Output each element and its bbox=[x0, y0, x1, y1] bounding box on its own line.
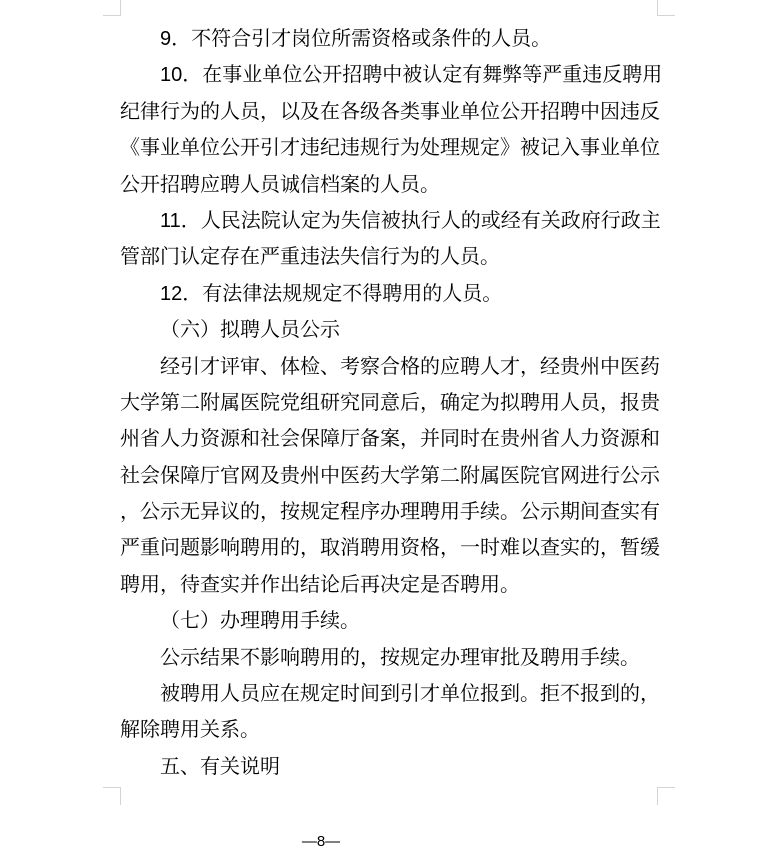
text-line: 9．不符合引才岗位所需资格或条件的人员。 bbox=[120, 21, 660, 57]
document-body: 9．不符合引才岗位所需资格或条件的人员。10．在事业单位公开招聘中被认定有舞弊等… bbox=[120, 21, 660, 785]
text-line: 10．在事业单位公开招聘中被认定有舞弊等严重违反聘用 bbox=[120, 57, 660, 93]
text-line: （七）办理聘用手续。 bbox=[120, 603, 660, 639]
text-line: 管部门认定存在严重违法失信行为的人员。 bbox=[120, 239, 660, 275]
margin-mark-top-left-icon bbox=[103, 0, 121, 16]
text-line: 纪律行为的人员，以及在各级各类事业单位公开招聘中因违反 bbox=[120, 94, 660, 130]
text-line: 公示结果不影响聘用的，按规定办理审批及聘用手续。 bbox=[120, 640, 660, 676]
text-line: 被聘用人员应在规定时间到引才单位报到。拒不报到的， bbox=[120, 676, 660, 712]
text-line: 州省人力资源和社会保障厅备案，并同时在贵州省人力资源和 bbox=[120, 421, 660, 457]
margin-mark-bottom-left-icon bbox=[103, 787, 121, 805]
text-line: 五、有关说明 bbox=[120, 749, 660, 785]
text-line: 11．人民法院认定为失信被执行人的或经有关政府行政主 bbox=[120, 203, 660, 239]
document-page: 9．不符合引才岗位所需资格或条件的人员。10．在事业单位公开招聘中被认定有舞弊等… bbox=[0, 0, 763, 859]
page-number: —8— bbox=[0, 833, 642, 851]
text-line: 12．有法律法规规定不得聘用的人员。 bbox=[120, 276, 660, 312]
text-line: 严重问题影响聘用的，取消聘用资格，一时难以查实的，暂缓 bbox=[120, 530, 660, 566]
text-line: （六）拟聘人员公示 bbox=[120, 312, 660, 348]
text-line: 聘用，待查实并作出结论后再决定是否聘用。 bbox=[120, 567, 660, 603]
margin-mark-top-right-icon bbox=[657, 0, 675, 16]
text-line: 解除聘用关系。 bbox=[120, 712, 660, 748]
text-line: ，公示无异议的，按规定程序办理聘用手续。公示期间查实有 bbox=[120, 494, 660, 530]
text-line: 社会保障厅官网及贵州中医药大学第二附属医院官网进行公示 bbox=[120, 458, 660, 494]
text-line: 经引才评审、体检、考察合格的应聘人才，经贵州中医药 bbox=[120, 349, 660, 385]
text-line: 大学第二附属医院党组研究同意后，确定为拟聘用人员，报贵 bbox=[120, 385, 660, 421]
text-line: 公开招聘应聘人员诚信档案的人员。 bbox=[120, 167, 660, 203]
text-line: 《事业单位公开引才违纪违规行为处理规定》被记入事业单位 bbox=[120, 130, 660, 166]
margin-mark-bottom-right-icon bbox=[657, 787, 675, 805]
